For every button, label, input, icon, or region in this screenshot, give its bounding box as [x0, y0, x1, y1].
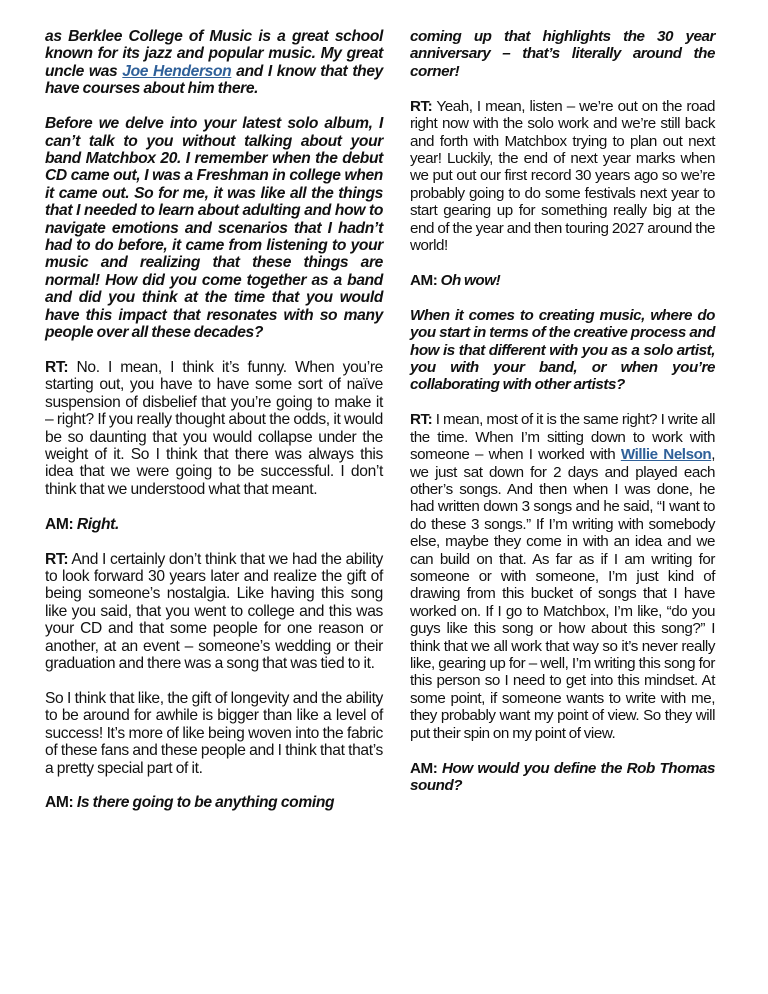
answer-paragraph: RT: No. I mean, I think it’s funny. When…	[45, 359, 383, 498]
question-paragraph: coming up that highlights the 30 year an…	[410, 28, 715, 80]
willie-nelson-link[interactable]: Willie Nelson	[621, 446, 711, 463]
speaker-label: RT:	[410, 411, 432, 428]
speaker-label: AM:	[45, 516, 73, 533]
answer-text: And I certainly don’t think that we had …	[45, 551, 383, 672]
question-paragraph: When it comes to creating music, where d…	[410, 307, 715, 394]
speaker-label: RT:	[45, 359, 68, 376]
question-paragraph: as Berklee College of Music is a great s…	[45, 28, 383, 98]
speaker-label: AM:	[410, 272, 437, 289]
interviewer-paragraph: AM: Is there going to be anything coming	[45, 794, 383, 811]
answer-paragraph: So I think that like, the gift of longev…	[45, 690, 383, 777]
answer-text: Yeah, I mean, listen – we’re out on the …	[410, 98, 715, 254]
answer-text: , we just sat down for 2 days and played…	[410, 446, 715, 742]
interviewer-paragraph: AM: How would you define the Rob Thomas …	[410, 760, 715, 795]
answer-paragraph: RT: And I certainly don’t think that we …	[45, 551, 383, 673]
answer-paragraph: RT: I mean, most of it is the same right…	[410, 411, 715, 742]
interviewer-text: Right.	[73, 516, 119, 533]
speaker-label: AM:	[410, 760, 437, 777]
answer-text: No. I mean, I think it’s funny. When you…	[45, 359, 383, 498]
interviewer-text: Oh wow!	[437, 272, 500, 289]
article-page: as Berklee College of Music is a great s…	[45, 28, 715, 829]
joe-henderson-link[interactable]: Joe Henderson	[122, 63, 231, 80]
interviewer-text: Is there going to be anything coming	[73, 794, 334, 811]
question-paragraph: Before we delve into your latest solo al…	[45, 115, 383, 341]
interviewer-paragraph: AM: Right.	[45, 516, 383, 533]
speaker-label: RT:	[45, 551, 68, 568]
speaker-label: RT:	[410, 98, 432, 115]
left-column: as Berklee College of Music is a great s…	[45, 28, 383, 829]
right-column: coming up that highlights the 30 year an…	[410, 28, 715, 829]
interviewer-paragraph: AM: Oh wow!	[410, 272, 715, 289]
interviewer-text: How would you define the Rob Thomas soun…	[410, 760, 715, 794]
answer-paragraph: RT: Yeah, I mean, listen – we’re out on …	[410, 98, 715, 255]
speaker-label: AM:	[45, 794, 73, 811]
